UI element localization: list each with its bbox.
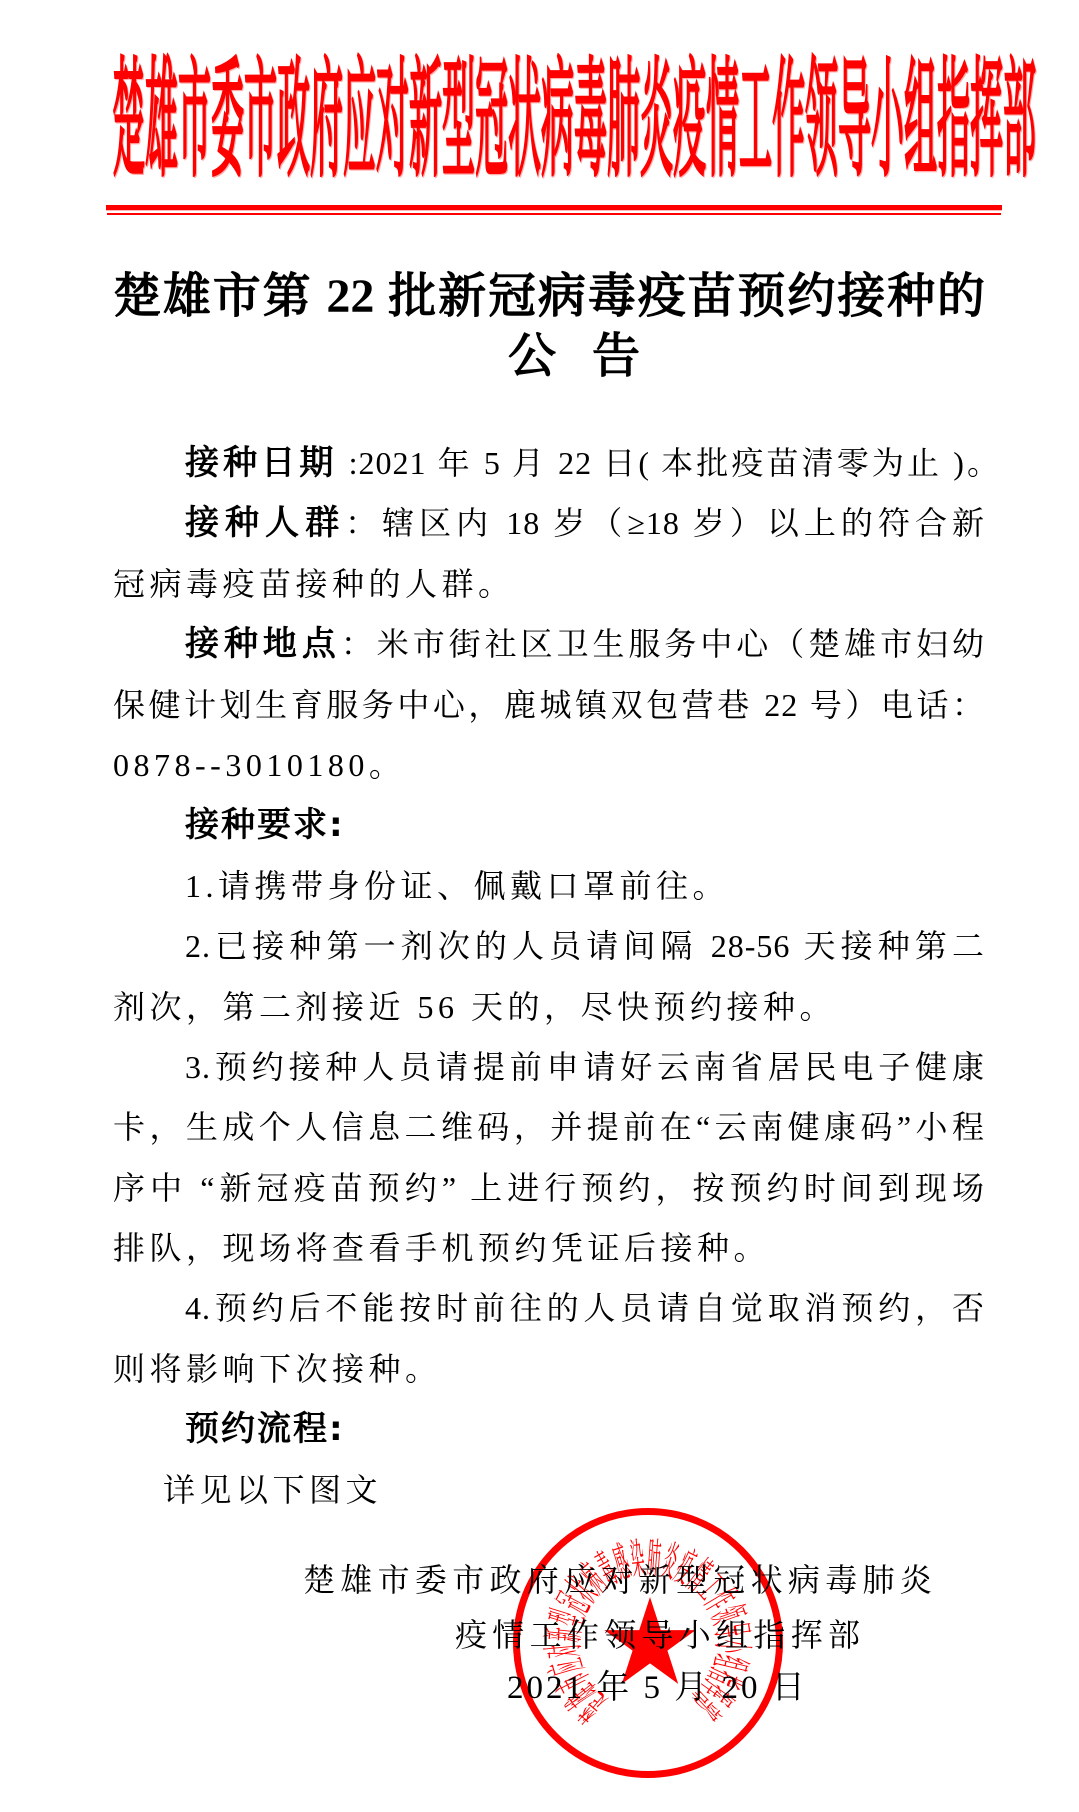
official-seal: 楚雄市应对新型冠状病毒感染肺炎疫情工作领导小组指挥部: [500, 1495, 800, 1795]
requirement-item-1: 1.请携带身份证、佩戴口罩前往。: [185, 856, 985, 916]
requirement-item-3-cont: 排队，现场将查看手机预约凭证后接种。: [113, 1218, 985, 1278]
letterhead-rule-thin: [107, 213, 1001, 215]
population-label: 接种人群: [185, 503, 345, 543]
location-phone-line: 0878--3010180。: [113, 735, 985, 795]
population-text-line: 冠病毒疫苗接种的人群。: [113, 554, 985, 614]
document-title: 楚雄市第 22 批新冠病毒疫苗预约接种的: [113, 269, 985, 325]
requirement-item-4: 4.预约后不能按时前往的人员请自觉取消预约，否: [185, 1278, 985, 1338]
requirements-heading: 接种要求:: [185, 795, 985, 855]
paragraph-date: 接种日期 :2021 年 5 月 22 日( 本批疫苗清零为止 )。: [185, 433, 1000, 493]
process-heading: 预约流程:: [185, 1399, 985, 1459]
paragraph-location: 接种地点：米市街社区卫生服务中心（楚雄市妇幼: [185, 614, 985, 674]
letterhead-title: 楚雄市委市政府应对新型冠状病毒肺炎疫情工作领导小组指挥部: [112, 62, 1003, 192]
location-text-line: 保健计划生育服务中心，鹿城镇双包营巷 22 号）电话：: [113, 675, 985, 735]
population-text-line: ：辖区内 18 岁（≥18 岁）以上的符合新: [345, 505, 985, 541]
requirements-label: 接种要求:: [185, 805, 345, 845]
requirement-item-2: 2.已接种第一剂次的人员请间隔 28-56 天接种第二: [185, 916, 985, 976]
star-icon: [604, 1597, 695, 1684]
date-text: :2021 年 5 月 22 日( 本批疫苗清零为止 )。: [337, 445, 1000, 481]
document-body: 接种日期 :2021 年 5 月 22 日( 本批疫苗清零为止 )。 接种人群：…: [0, 433, 1079, 1520]
requirement-item-3-cont: 卡，生成个人信息二维码，并提前在“云南健康码”小程: [113, 1097, 985, 1157]
requirement-item-4-cont: 则将影响下次接种。: [113, 1339, 985, 1399]
document-page: 楚雄市委市政府应对新型冠状病毒肺炎疫情工作领导小组指挥部 楚雄市第 22 批新冠…: [0, 0, 1079, 1812]
document-title-notice: 公 告: [508, 329, 640, 385]
paragraph-population: 接种人群：辖区内 18 岁（≥18 岁）以上的符合新: [185, 493, 985, 553]
process-label: 预约流程:: [185, 1409, 345, 1449]
requirement-item-3: 3.预约接种人员请提前申请好云南省居民电子健康: [185, 1037, 985, 1097]
requirement-item-3-cont: 序中 “新冠疫苗预约” 上进行预约，按预约时间到现场: [113, 1158, 985, 1218]
letterhead-rule-thick: [106, 205, 1002, 210]
location-text-line: ：米市街社区卫生服务中心（楚雄市妇幼: [341, 626, 985, 662]
date-label: 接种日期: [185, 443, 337, 483]
requirement-item-2-cont: 剂次，第二剂接近 56 天的，尽快预约接种。: [113, 977, 985, 1037]
location-label: 接种地点: [185, 624, 341, 664]
